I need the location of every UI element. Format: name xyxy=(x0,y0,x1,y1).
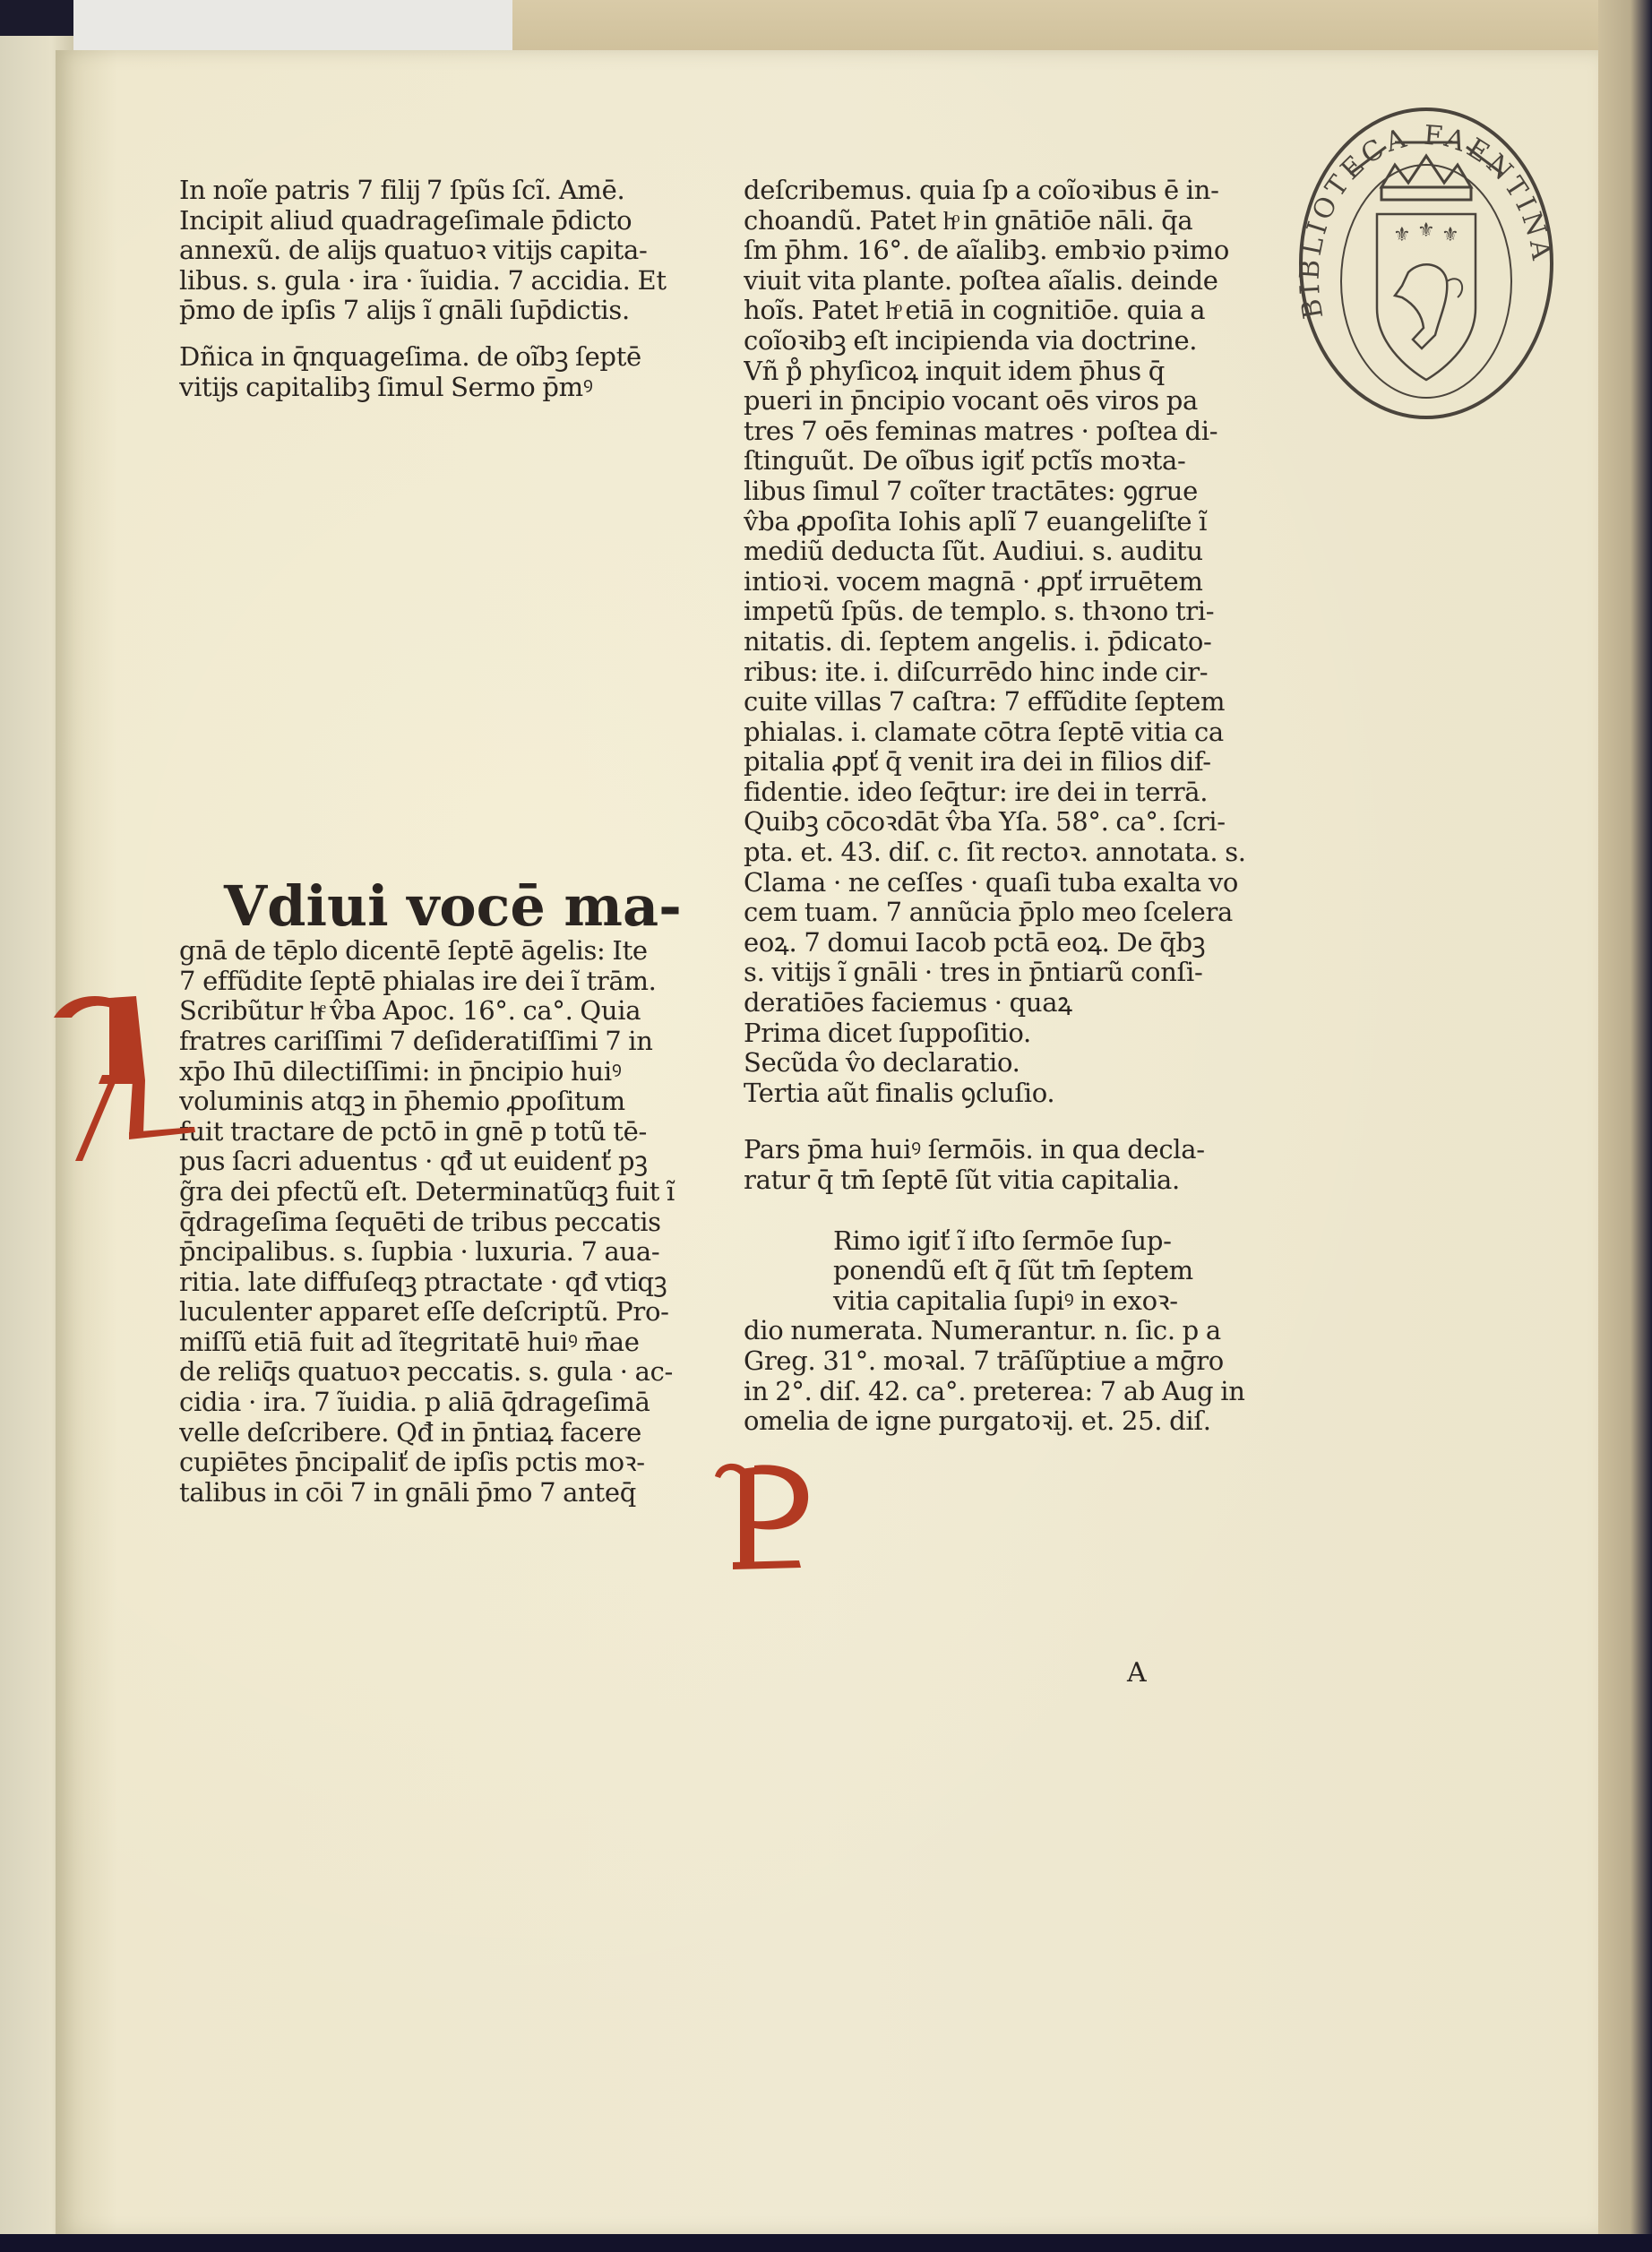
rubricated-initial-p-icon xyxy=(710,1457,817,1573)
text-line: pitalia ꝓpť q̄ venit ira dei in filios d… xyxy=(744,747,1317,778)
sermon-body-continued: deſcribemus. quia ſp a coĩoꝛibus ē in- c… xyxy=(744,176,1317,1108)
svg-text:⚜: ⚜ xyxy=(1441,224,1459,246)
right-column: deſcribemus. quia ſp a coĩoꝛibus ē in- c… xyxy=(744,176,1317,1437)
part-heading: Pars p̄ma huiꝰ ſermōis. in qua decla- ra… xyxy=(744,1135,1317,1195)
text-line: ponendũ eſt q̄ ſũt tm̄ ſeptem xyxy=(744,1256,1317,1286)
text-line: cidia · ira. 7 ĩuidia. p aliā q̄drageſim… xyxy=(179,1388,735,1418)
text-line: de reliq̄s quatuoꝛ peccatis. s. gula · a… xyxy=(179,1357,735,1388)
text-line: Rimo igiť ĩ iſto ſermōe ſup- xyxy=(744,1226,1317,1257)
text-line: vitia capitalia ſupiꝰ in exoꝛ- xyxy=(744,1286,1317,1317)
incipit-heading: In noĩe patris 7 filĳ 7 ſpũs ſcĩ. Amē. I… xyxy=(179,176,735,326)
text-line: g̃ra dei pfectũ eſt. Determinatũqꝫ fuit … xyxy=(179,1177,735,1208)
text-line: deſcribemus. quia ſp a coĩoꝛibus ē in- xyxy=(744,176,1317,206)
text-line: gnā de tēplo dicentē ſeptē āgelis: Ite xyxy=(179,936,735,967)
text-line: Quibꝫ cōcoꝛdāt v̂ba Yſa. 58°. ca°. ſcri- xyxy=(744,807,1317,838)
text-line: fuit tractare de pctō in gnē p totũ tē- xyxy=(179,1117,735,1147)
signature-mark: A xyxy=(1127,1657,1147,1689)
text-line: xp̄o Ihū dilectiſſimi: in p̄ncipio huiꝰ xyxy=(179,1057,735,1087)
text-line: talibus in cōi 7 in gnāli p̄mo 7 anteq̄ xyxy=(179,1478,735,1508)
text-line: vitĳs capitalibꝫ ſimul Sermo p̄mꝰ xyxy=(179,373,735,403)
text-line: voluminis atqꝫ in p̄hemio ꝓpoſitum xyxy=(179,1087,735,1117)
text-line: Tertia aũt finalis ꝯcluſio. xyxy=(744,1079,1317,1109)
text-line: v̂ba ꝓpoſita Iohis aplĩ 7 euangeliſte ĩ xyxy=(744,507,1317,537)
text-line: fratres cariſſimi 7 deſideratiſſimi 7 in xyxy=(179,1027,735,1057)
text-line: cem tuam. 7 annũcia p̄plo meo ſcelera xyxy=(744,898,1317,928)
recto-page: In noĩe patris 7 filĳ 7 ſpũs ſcĩ. Amē. I… xyxy=(56,50,1598,2236)
text-line: mediũ deducta ſũt. Audiui. s. auditu xyxy=(744,537,1317,567)
binding-edge xyxy=(1598,0,1652,2252)
text-line: luculenter apparet eſſe deſcriptũ. Pro- xyxy=(179,1297,735,1328)
text-line: 7 effũdite ſeptē phialas ire dei ĩ trām. xyxy=(179,967,735,997)
display-initial-line: Vdiui vocē ma- xyxy=(179,877,735,936)
text-line: coĩoꝛibꝫ eſt incipienda via doctrine. xyxy=(744,326,1317,357)
text-line: tres 7 oēs feminas matres · poſtea di- xyxy=(744,417,1317,447)
text-line: In noĩe patris 7 filĳ 7 ſpũs ſcĩ. Amē. xyxy=(179,176,735,206)
binding-board xyxy=(512,0,1652,52)
svg-text:⚜: ⚜ xyxy=(1417,219,1435,242)
text-line: s. vitĳs ĩ gnāli · tres in p̄ntiarũ conſ… xyxy=(744,958,1317,988)
sermon-opening: Vdiui vocē ma- gnā de tēplo dicentē ſept… xyxy=(179,877,735,1508)
text-line: in 2°. diſ. 42. ca°. preterea: 7 ab Aug … xyxy=(744,1377,1317,1407)
text-line: Incipit aliud quadrageſimale p̄dicto xyxy=(179,206,735,236)
text-line: hoĩs. Patet hͦ etiā in cognitiōe. quia a xyxy=(744,296,1317,326)
text-line: pus ſacri aduentus · qđ ut euidenť pꝫ xyxy=(179,1147,735,1177)
spacer xyxy=(744,1196,1317,1226)
library-stamp-icon: BIBLIOTECA FAENTINA ⚜ ⚜ ⚜ xyxy=(1287,93,1565,425)
sermon-title: Dñica in q̄nquageſima. de oĩbꝫ ſeptē vit… xyxy=(179,342,735,402)
text-line: Secũda v̂o declaratio. xyxy=(744,1048,1317,1079)
text-line: Pars p̄ma huiꝰ ſermōis. in qua decla- xyxy=(744,1135,1317,1165)
text-line: p̄ncipalibus. s. ſupbia · luxuria. 7 aua… xyxy=(179,1237,735,1268)
text-line: libus. s. gula · ira · ĩuidia. 7 accidia… xyxy=(179,266,735,297)
text-line: omelia de igne purgatoꝛĳ. et. 25. diſ. xyxy=(744,1406,1317,1437)
text-line: q̄drageſima ſequēti de tribus peccatis xyxy=(179,1208,735,1238)
blank-space xyxy=(179,402,735,877)
text-line: Scribũtur hͤ v̂ba Apoc. 16°. ca°. Quia xyxy=(179,996,735,1027)
text-line: miſſũ etiā fuit ad ĩtegritatē huiꝰ m̄ae xyxy=(179,1328,735,1358)
text-line: choandũ. Patet hͦ in gnātiōe nāli. q̄a xyxy=(744,206,1317,236)
text-line: impetũ ſpũs. de templo. s. thꝛono tri- xyxy=(744,597,1317,627)
text-line: Vñ p̊ phyſicoꝝ inquit idem p̄hus q̄ xyxy=(744,357,1317,387)
text-line: pta. et. 43. diſ. c. ſit rectoꝛ. annotat… xyxy=(744,838,1317,868)
rubricated-initial-a-icon xyxy=(47,982,199,1161)
text-line: annexũ. de alĳs quatuoꝛ vitĳs capita- xyxy=(179,236,735,266)
text-line: cupiētes p̄ncipaliť de ipſis pctis moꝛ- xyxy=(179,1448,735,1478)
text-line: pueri in p̄ncipio vocant oēs viros pa xyxy=(744,386,1317,417)
text-line: ſm p̄hm. 16°. de aĩalibꝫ. embꝛio pꝛimo xyxy=(744,236,1317,266)
text-line: phialas. i. clamate cōtra ſeptē vitia ca xyxy=(744,718,1317,748)
text-line: ribus: ite. i. diſcurrēdo hinc inde cir- xyxy=(744,658,1317,688)
part-one-opening: Rimo igiť ĩ iſto ſermōe ſup- ponendũ eſt… xyxy=(744,1226,1317,1437)
text-line: velle deſcribere. Qđ in p̄ntiaꝝ facere xyxy=(179,1418,735,1448)
text-line: viuit vita plante. poſtea aĩalis. deinde xyxy=(744,266,1317,297)
text-line: libus ſimul 7 coĩter tractātes: ꝯgrue xyxy=(744,477,1317,507)
text-line: Dñica in q̄nquageſima. de oĩbꝫ ſeptē xyxy=(179,342,735,373)
text-line: deratiōes faciemus · quaꝝ xyxy=(744,988,1317,1019)
svg-text:⚜: ⚜ xyxy=(1393,224,1411,246)
text-line: nitatis. di. ſeptem angelis. i. p̄dicato… xyxy=(744,627,1317,658)
text-line: dio numerata. Numerantur. n. ſic. p a xyxy=(744,1316,1317,1346)
text-line: Greg. 31°. moꝛal. 7 trāſũptiue a mḡro xyxy=(744,1346,1317,1377)
text-line: ritia. late diffuſeqꝫ ptractate · qđ vti… xyxy=(179,1268,735,1298)
spacer xyxy=(744,1108,1317,1135)
text-line: fidentie. ideo ſeq̄tur: ire dei in terrā… xyxy=(744,778,1317,808)
left-column: In noĩe patris 7 filĳ 7 ſpũs ſcĩ. Amē. I… xyxy=(179,176,735,1508)
text-line: intioꝛi. vocem magnā · ꝓpť irruētem xyxy=(744,567,1317,597)
backdrop-bottom xyxy=(0,2234,1652,2252)
text-line: Prima dicet ſuppoſitio. xyxy=(744,1019,1317,1049)
spacer xyxy=(179,326,735,342)
text-line: ſtinguũt. De oĩbus igiť pctĩs moꝛta- xyxy=(744,446,1317,477)
text-line: Clama · ne ceſſes · quaſi tuba exalta vo xyxy=(744,868,1317,898)
text-line: p̄mo de ipſis 7 alĳs ĩ gnāli ſup̄dictis. xyxy=(179,296,735,326)
backdrop xyxy=(0,0,73,36)
text-line: cuite villas 7 caſtra: 7 effũdite ſeptem xyxy=(744,687,1317,718)
text-line: ratur q̄ tm̄ ſeptē ſũt vitia capitalia. xyxy=(744,1165,1317,1196)
text-line: eoꝝ. 7 domui Iacob pctā eoꝝ. De q̄bꝫ xyxy=(744,928,1317,958)
